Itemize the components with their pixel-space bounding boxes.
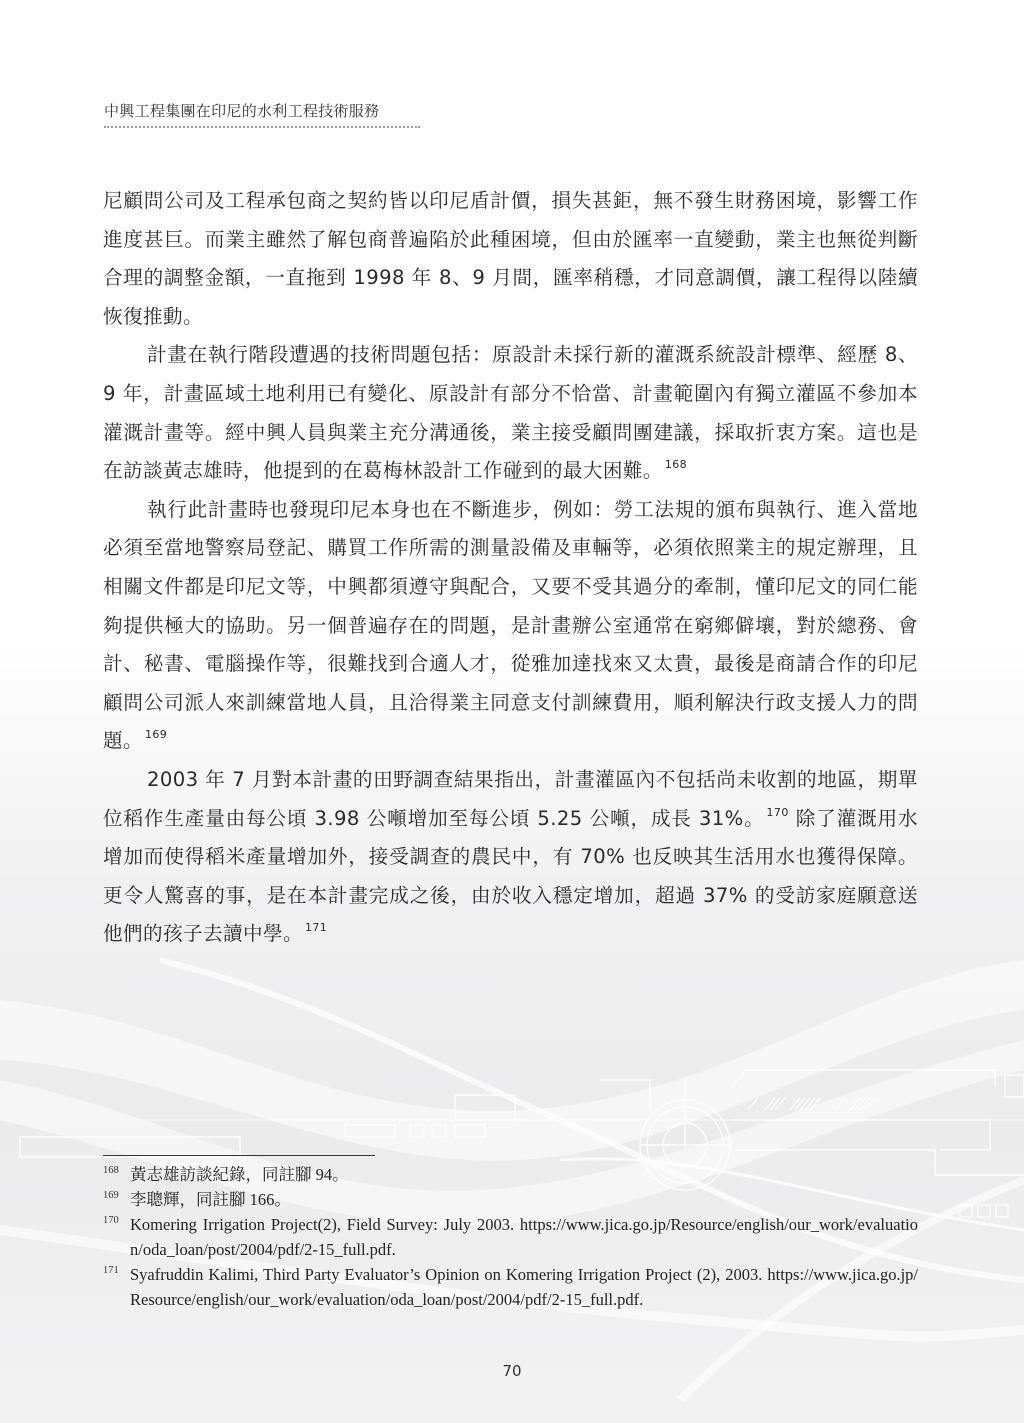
paragraph-4: 2003 年 7 月對本計畫的田野調查結果指出，計畫灌區內不包括尚未收割的地區，… bbox=[103, 761, 918, 954]
footnote-number: 171 bbox=[103, 1258, 119, 1283]
footnote-171: 171 Syafruddin Kalimi, Third Party Evalu… bbox=[103, 1262, 918, 1312]
footnote-number: 170 bbox=[103, 1208, 119, 1233]
footnote-168: 168 黃志雄訪談紀錄，同註腳 94。 bbox=[103, 1162, 918, 1187]
footnote-ref-170[interactable]: 170 bbox=[767, 806, 789, 819]
page-number: 70 bbox=[0, 1362, 1024, 1380]
paragraph-2-text: 計畫在執行階段遭遇的技術問題包括：原設計未採行新的灌溉系統設計標準、經歷 8、9… bbox=[103, 343, 918, 482]
footnote-separator bbox=[103, 1155, 375, 1156]
body-text: 尼顧問公司及工程承包商之契約皆以印尼盾計價，損失甚鉅，無不發生財務困境，影響工作… bbox=[103, 182, 918, 954]
paragraph-2: 計畫在執行階段遭遇的技術問題包括：原設計未採行新的灌溉系統設計標準、經歷 8、9… bbox=[103, 336, 918, 490]
footnote-169: 169 李聰輝，同註腳 166。 bbox=[103, 1187, 918, 1212]
paragraph-1-text: 尼顧問公司及工程承包商之契約皆以印尼盾計價，損失甚鉅，無不發生財務困境，影響工作… bbox=[103, 189, 918, 328]
footnote-170: 170 Komering Irrigation Project(2), Fiel… bbox=[103, 1212, 918, 1262]
footnote-number: 168 bbox=[103, 1158, 119, 1183]
footnote-text: 黃志雄訪談紀錄，同註腳 94。 bbox=[130, 1165, 349, 1184]
paragraph-3-text: 執行此計畫時也發現印尼本身也在不斷進步，例如：勞工法規的頒布與執行、進入當地必須… bbox=[103, 498, 918, 753]
running-header-title: 中興工程集團在印尼的水利工程技術服務 bbox=[104, 100, 420, 122]
footnote-number: 169 bbox=[103, 1183, 119, 1208]
footnote-text: 李聰輝，同註腳 166。 bbox=[130, 1190, 291, 1209]
footnote-text: Komering Irrigation Project(2), Field Su… bbox=[130, 1215, 918, 1259]
paragraph-1: 尼顧問公司及工程承包商之契約皆以印尼盾計價，損失甚鉅，無不發生財務困境，影響工作… bbox=[103, 182, 918, 336]
running-header: 中興工程集團在印尼的水利工程技術服務 bbox=[104, 100, 420, 128]
footnote-ref-171[interactable]: 171 bbox=[305, 921, 327, 934]
running-header-dotted-rule bbox=[104, 126, 420, 128]
footnote-ref-169[interactable]: 169 bbox=[145, 728, 167, 741]
footnotes: 168 黃志雄訪談紀錄，同註腳 94。 169 李聰輝，同註腳 166。 170… bbox=[103, 1162, 918, 1312]
footnote-text: Syafruddin Kalimi, Third Party Evaluator… bbox=[130, 1265, 918, 1309]
paragraph-3: 執行此計畫時也發現印尼本身也在不斷進步，例如：勞工法規的頒布與執行、進入當地必須… bbox=[103, 491, 918, 761]
footnote-ref-168[interactable]: 168 bbox=[665, 458, 687, 471]
